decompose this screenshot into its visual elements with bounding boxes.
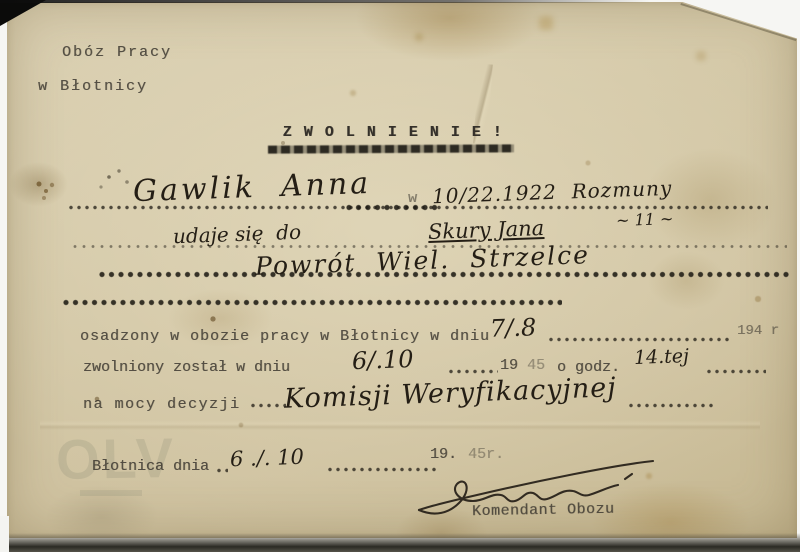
place-date-label: Błotnica dnia [92, 458, 209, 475]
handwritten-hour: 14.tej [634, 345, 690, 369]
basis-label: na mocy decyzji [83, 396, 241, 413]
handwritten-released-date: 6/.10 [352, 345, 414, 375]
photo-top-edge-shadow [0, 0, 650, 3]
signer-title: Komendant Obozu [472, 501, 615, 520]
handwritten-mark: ~ 11 ~ [616, 209, 674, 230]
dotted-leader [62, 298, 562, 307]
handwritten-goesto: udaje się do [173, 220, 302, 248]
dotted-leader [250, 402, 286, 409]
org-name-line1: Obóz Pracy [62, 44, 172, 61]
handwritten-goesto-name: Skury Jana [428, 216, 545, 244]
dotted-leader [628, 402, 716, 409]
born-prefix: w [408, 190, 417, 207]
org-name-line2: w Błotnicy [38, 78, 148, 95]
dotted-leader [216, 467, 228, 474]
title-underline [268, 144, 514, 153]
interned-label: osadzony w obozie pracy w Błotnicy w dni… [80, 328, 490, 345]
photo-bottom-left-corner [0, 516, 9, 552]
released-label: zwolniony został w dniu [83, 359, 290, 376]
handwritten-interned-date: 7/.8 [490, 313, 537, 343]
photo-bottom-shadow [5, 533, 800, 552]
release-title: Z W O L N I E N I E ! [268, 124, 518, 141]
handwritten-footer-date: 6 ./. 10 [230, 445, 305, 472]
document-photo: OLV Obóz Pracy w Błotnicy Z W O L N I E … [0, 0, 800, 552]
dotted-leader [448, 368, 498, 375]
dotted-leader [345, 203, 440, 212]
released-year-faint: 45 [527, 357, 545, 374]
dotted-leader [548, 336, 730, 343]
interned-year: 194 r [737, 323, 779, 339]
ghost-stamp-bar [80, 490, 142, 496]
released-year: 19 [500, 357, 518, 374]
dotted-leader [706, 368, 766, 375]
